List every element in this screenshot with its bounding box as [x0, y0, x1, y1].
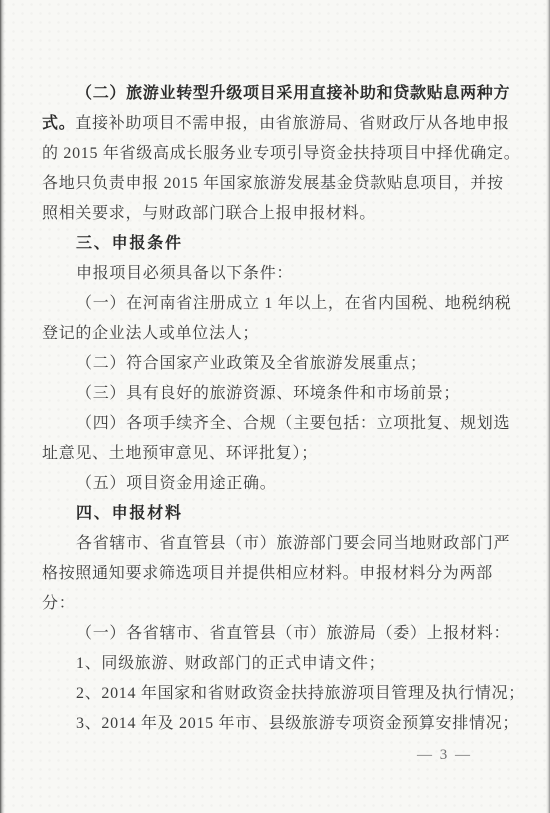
condition-3-line: （三）具有良好的旅游资源、环境条件和市场前景； [42, 379, 510, 409]
materials-intro-line: 各省辖市、省直管县（市）旅游部门要会同当地财政部门严 [42, 529, 510, 559]
section-heading-3: 三、申报条件 [42, 229, 510, 259]
heading-text: 三、申报条件 [76, 235, 183, 252]
condition-2-line: （二）符合国家产业政策及全省旅游发展重点； [42, 349, 510, 379]
scan-edge-shadow-right [546, 0, 550, 813]
condition-4-line: 址意见、土地预审意见、环评批复）； [42, 439, 510, 469]
condition-1-line: （一）在河南省注册成立 1 年以上，在省内国税、地税纳税 [42, 289, 510, 319]
line-text: 登记的企业法人或单位法人； [42, 325, 259, 342]
page-number: — 3 — [417, 746, 472, 764]
line-text: （二）符合国家产业政策及全省旅游发展重点； [76, 355, 427, 372]
materials-part-1-line: （一）各省辖市、省直管县（市）旅游局（委）上报材料： [42, 619, 510, 649]
line-text: （三）具有良好的旅游资源、环境条件和市场前景； [76, 385, 460, 402]
line-text: 2、2014 年国家和省财政资金扶持旅游项目管理及执行情况； [76, 685, 525, 702]
line-text: （四）各项手续齐全、合规（主要包括：立项批复、规划选 [76, 415, 510, 432]
paragraph-2-line: 式。直接补助项目不需申报，由省旅游局、省财政厅从各地申报 [42, 109, 510, 139]
scan-edge-shadow-left [0, 0, 5, 813]
line-text: 直接补助项目不需申报，由省旅游局、省财政厅从各地申报 [75, 115, 509, 132]
section-heading-4: 四、申报材料 [42, 499, 510, 529]
condition-5-line: （五）项目资金用途正确。 [42, 469, 510, 499]
line-text: 各地只负责申报 2015 年国家旅游发展基金贷款贴息项目，并按 [42, 175, 504, 192]
materials-item-1-line: 1、同级旅游、财政部门的正式申请文件； [42, 649, 510, 679]
heading-text: 四、申报材料 [76, 505, 183, 522]
line-text: 申报项目必须具备以下条件： [76, 265, 293, 282]
condition-4-line: （四）各项手续齐全、合规（主要包括：立项批复、规划选 [42, 409, 510, 439]
materials-item-3-line: 3、2014 年及 2015 年市、县级旅游专项资金预算安排情况； [42, 709, 510, 739]
line-text: 址意见、土地预审意见、环评批复）； [42, 445, 318, 462]
materials-intro-line: 格按照通知要求筛选项目并提供相应材料。申报材料分为两部 [42, 559, 510, 589]
paragraph-2-line: 的 2015 年省级高成长服务业专项引导资金扶持项目中择优确定。 [42, 139, 510, 169]
document-body: （二）旅游业转型升级项目采用直接补助和贷款贴息两种方 式。直接补助项目不需申报，… [42, 79, 510, 739]
line-text: （一）在河南省注册成立 1 年以上，在省内国税、地税纳税 [76, 295, 512, 312]
line-text: 格按照通知要求筛选项目并提供相应材料。申报材料分为两部 [42, 565, 493, 582]
line-bold-text: （二）旅游业转型升级项目采用直接补助和贷款贴息两种方 [76, 85, 510, 102]
line-text: 分： [42, 595, 75, 612]
scanned-document-page: （二）旅游业转型升级项目采用直接补助和贷款贴息两种方 式。直接补助项目不需申报，… [0, 0, 550, 813]
line-text: 3、2014 年及 2015 年市、县级旅游专项资金预算安排情况； [76, 715, 519, 732]
line-text: （五）项目资金用途正确。 [76, 475, 276, 492]
line-text: 各省辖市、省直管县（市）旅游部门要会同当地财政部门严 [76, 535, 510, 552]
conditions-intro-line: 申报项目必须具备以下条件： [42, 259, 510, 289]
materials-item-2-line: 2、2014 年国家和省财政资金扶持旅游项目管理及执行情况； [42, 679, 510, 709]
line-text: 1、同级旅游、财政部门的正式申请文件； [76, 655, 385, 672]
paragraph-2-line: （二）旅游业转型升级项目采用直接补助和贷款贴息两种方 [42, 79, 510, 109]
line-bold-text: 式。 [42, 115, 75, 132]
line-text: 的 2015 年省级高成长服务业专项引导资金扶持项目中择优确定。 [42, 145, 520, 162]
condition-1-line: 登记的企业法人或单位法人； [42, 319, 510, 349]
paragraph-2-line: 各地只负责申报 2015 年国家旅游发展基金贷款贴息项目，并按 [42, 169, 510, 199]
line-text: （一）各省辖市、省直管县（市）旅游局（委）上报材料： [76, 625, 510, 642]
line-text: 照相关要求，与财政部门联合上报申报材料。 [42, 205, 376, 222]
materials-intro-line: 分： [42, 589, 510, 619]
paragraph-2-line: 照相关要求，与财政部门联合上报申报材料。 [42, 199, 510, 229]
